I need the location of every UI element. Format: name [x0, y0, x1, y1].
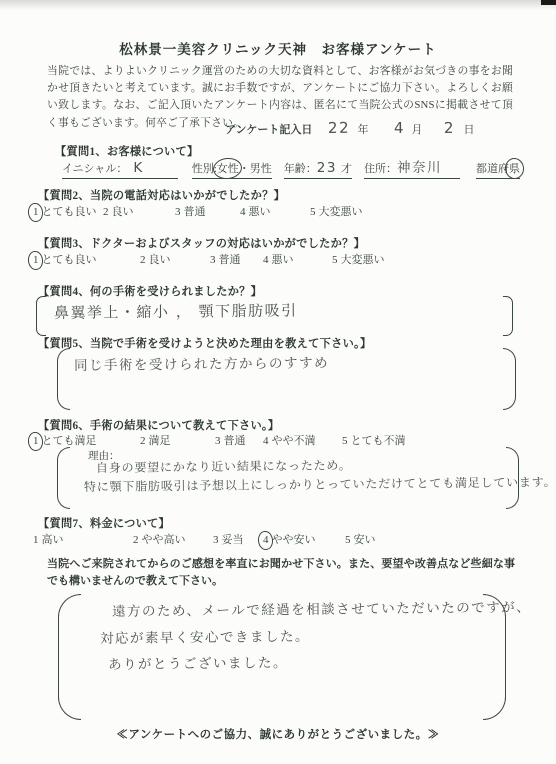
q7-option-4-num: 4: [263, 534, 269, 546]
q2-option-5-num: 5: [310, 206, 316, 218]
date-month-value: 4: [394, 119, 405, 137]
q6-option-4-label: やや不満: [272, 435, 316, 447]
q1-address-value: 神奈川: [397, 160, 442, 176]
q2-option-4-label: 悪い: [249, 206, 271, 218]
q2-option-1: 1とても良い: [33, 203, 97, 219]
q3-option-4-label: 悪い: [272, 254, 294, 266]
q1-gender-male: 男性: [250, 163, 272, 175]
q1-prefecture-segment: 都道府県: [476, 160, 520, 179]
q3-options-row: 1とても良い 2良い 3普通 4悪い 5大変悪い: [0, 251, 556, 269]
q2-option-3-label: 普通: [184, 206, 206, 218]
q1-initial-label: イニシャル：: [62, 163, 127, 175]
q6-reason-line1-handwriting: 自身の要望にかなり近い結果になったため。: [96, 456, 352, 476]
q1-answer-row: イニシャル：K 性別:女性・男性 年齢：23才 住所：神奈川 都道府県: [62, 156, 520, 179]
feedback-bracket-left: [58, 594, 81, 720]
q1-gender-segment: 性別:女性・男性: [192, 160, 272, 179]
q5-heading: 【質問5、当院で手術を受けようと決めた理由を教えて下さい。】: [38, 335, 371, 351]
q7-option-5-label: 安い: [354, 534, 376, 546]
date-day-value: 2: [444, 119, 455, 137]
survey-scan-page: 松林景一美容クリニック天神 お客様アンケート 当院では、よりよいクリニック運営の…: [0, 0, 556, 764]
q7-option-4-label: やや安い: [272, 534, 316, 546]
q6-options-row: 1とても満足 2満足 3普通 4やや不満 5とても不満: [0, 432, 556, 450]
q6-option-5-num: 5: [342, 435, 348, 447]
q7-option-3-num: 3: [213, 534, 219, 546]
q4-heading: 【質問4、何の手術を受けられましたか？】: [38, 283, 262, 299]
date-year-suffix: 年: [357, 121, 368, 137]
q2-option-4: 4悪い: [240, 203, 271, 219]
q7-option-3-label: 妥当: [222, 534, 244, 546]
q5-bracket-right: [503, 348, 516, 410]
q7-option-5: 5安い: [345, 531, 376, 547]
q7-option-3: 3妥当: [213, 531, 244, 547]
q6-option-3: 3普通: [215, 432, 246, 448]
q3-option-4-num: 4: [263, 254, 269, 266]
scan-edge-shadow: [0, 0, 556, 10]
q1-address-label: 住所：: [364, 163, 397, 175]
q3-heading: 【質問3、ドクターおよびスタッフの対応はいかがでしたか？】: [38, 235, 365, 251]
q2-heading: 【質問2、当院の電話対応はいかがでしたか？】: [38, 187, 285, 203]
q2-option-1-label: とても良い: [42, 206, 97, 218]
q1-age-label: 年齢：: [284, 163, 317, 175]
q1-age-value: 23: [317, 160, 337, 176]
q2-option-2-num: 2: [103, 206, 109, 218]
q7-options-row: 1高い 2やや高い 3妥当 4やや安い 5安い: [0, 531, 556, 549]
q3-option-2-label: 良い: [149, 254, 171, 266]
q6-option-4-num: 4: [263, 435, 269, 447]
q6-option-2-label: 満足: [149, 435, 171, 447]
q1-age-segment: 年齢：23才: [284, 160, 352, 179]
q3-option-4: 4悪い: [263, 251, 294, 267]
q1-age-suffix: 才: [341, 163, 352, 175]
date-day-suffix: 日: [464, 121, 475, 137]
feedback-line1-handwriting: 遠方のため、メールで経過を相談させていただいたのですが、: [112, 596, 531, 620]
q6-reason-bracket-left: [57, 447, 70, 509]
q6-option-3-label: 普通: [224, 435, 246, 447]
q5-bracket-left: [57, 348, 70, 410]
q6-option-3-num: 3: [215, 435, 221, 447]
q6-option-1-num: 1: [33, 435, 39, 447]
q6-option-2-num: 2: [140, 435, 146, 447]
q6-option-1: 1とても満足: [33, 432, 97, 448]
date-month-suffix: 月: [411, 121, 422, 137]
q1-prefecture-prefix: 都道府: [476, 163, 509, 175]
q2-option-4-num: 4: [240, 206, 246, 218]
q6-option-2: 2満足: [140, 432, 171, 448]
q3-option-3: 3普通: [210, 251, 241, 267]
q6-option-1-label: とても満足: [42, 435, 97, 447]
q7-option-5-num: 5: [345, 534, 351, 546]
q1-initial-segment: イニシャル：K: [62, 160, 178, 179]
q7-heading: 【質問7、料金について】: [38, 515, 170, 531]
q4-bracket-left: [36, 296, 46, 336]
date-label: アンケート記入日: [225, 121, 312, 137]
q2-option-5: 5大変悪い: [310, 203, 363, 219]
q6-option-5-label: とても不満: [351, 435, 406, 447]
q3-option-1: 1とても良い: [33, 251, 97, 267]
date-year-value: 22: [328, 119, 350, 137]
q2-option-5-label: 大変悪い: [319, 206, 363, 218]
q6-option-4: 4やや不満: [263, 432, 316, 448]
q3-option-1-label: とても良い: [42, 254, 97, 266]
scan-corner-artifact: [541, 0, 556, 5]
q6-option-5: 5とても不満: [342, 432, 406, 448]
q3-option-1-num: 1: [33, 254, 39, 266]
q7-option-2-num: 2: [133, 534, 139, 546]
q2-option-2-label: 良い: [112, 206, 134, 218]
q2-option-3-num: 3: [175, 206, 181, 218]
q4-bracket-right: [503, 296, 513, 336]
q1-address-segment: 住所：神奈川: [364, 156, 460, 179]
q7-option-1-label: 高い: [42, 534, 64, 546]
q7-option-2: 2やや高い: [133, 531, 186, 547]
q1-prefecture-circled: 県: [509, 160, 520, 176]
q7-option-4: 4やや安い: [263, 531, 316, 547]
q7-option-2-label: やや高い: [142, 534, 186, 546]
q2-option-2: 2良い: [103, 203, 134, 219]
q2-options-row: 1とても良い 2良い 3普通 4悪い 5大変悪い: [0, 203, 556, 221]
q3-option-2-num: 2: [140, 254, 146, 266]
q3-option-5-num: 5: [332, 254, 338, 266]
q3-option-3-num: 3: [210, 254, 216, 266]
survey-date-row: アンケート記入日 22 年 4 月 2 日: [225, 119, 475, 137]
q6-heading: 【質問6、手術の結果について教えて下さい。】: [38, 417, 279, 433]
feedback-line3-handwriting: ありがとうございました。: [108, 651, 288, 673]
footer-thanks: ≪アンケートへのご協力、誠にありがとうございました。≫: [0, 726, 556, 742]
q7-option-1-num: 1: [33, 534, 39, 546]
q3-option-2: 2良い: [140, 251, 171, 267]
q6-reason-line2-handwriting: 特に顎下脂肪吸引は予想以上にしっかりとっていただけてとても満足しています。: [84, 473, 556, 495]
q5-answer-handwriting: 同じ手術を受けられた方からのすすめ: [74, 351, 329, 374]
feedback-prompt: 当院へご来院されてからのご感想を率直にお聞かせ下さい。また、要望や改善点など些細…: [47, 556, 515, 590]
q2-option-3: 3普通: [175, 203, 206, 219]
q3-option-5-label: 大変悪い: [341, 254, 385, 266]
q2-option-1-num: 1: [33, 206, 39, 218]
q1-initial-value: K: [133, 160, 143, 176]
q3-option-3-label: 普通: [219, 254, 241, 266]
q3-option-5: 5大変悪い: [332, 251, 385, 267]
feedback-line2-handwriting: 対応が素早く安心できました。: [100, 625, 310, 647]
q1-gender-female-circled: 女性: [217, 160, 239, 176]
q4-answer-handwriting: 鼻翼挙上・縮小 ， 顎下脂肪吸引: [54, 299, 298, 323]
page-title: 松林景一美容クリニック天神 お客様アンケート: [0, 38, 556, 58]
q7-option-1: 1高い: [33, 531, 64, 547]
